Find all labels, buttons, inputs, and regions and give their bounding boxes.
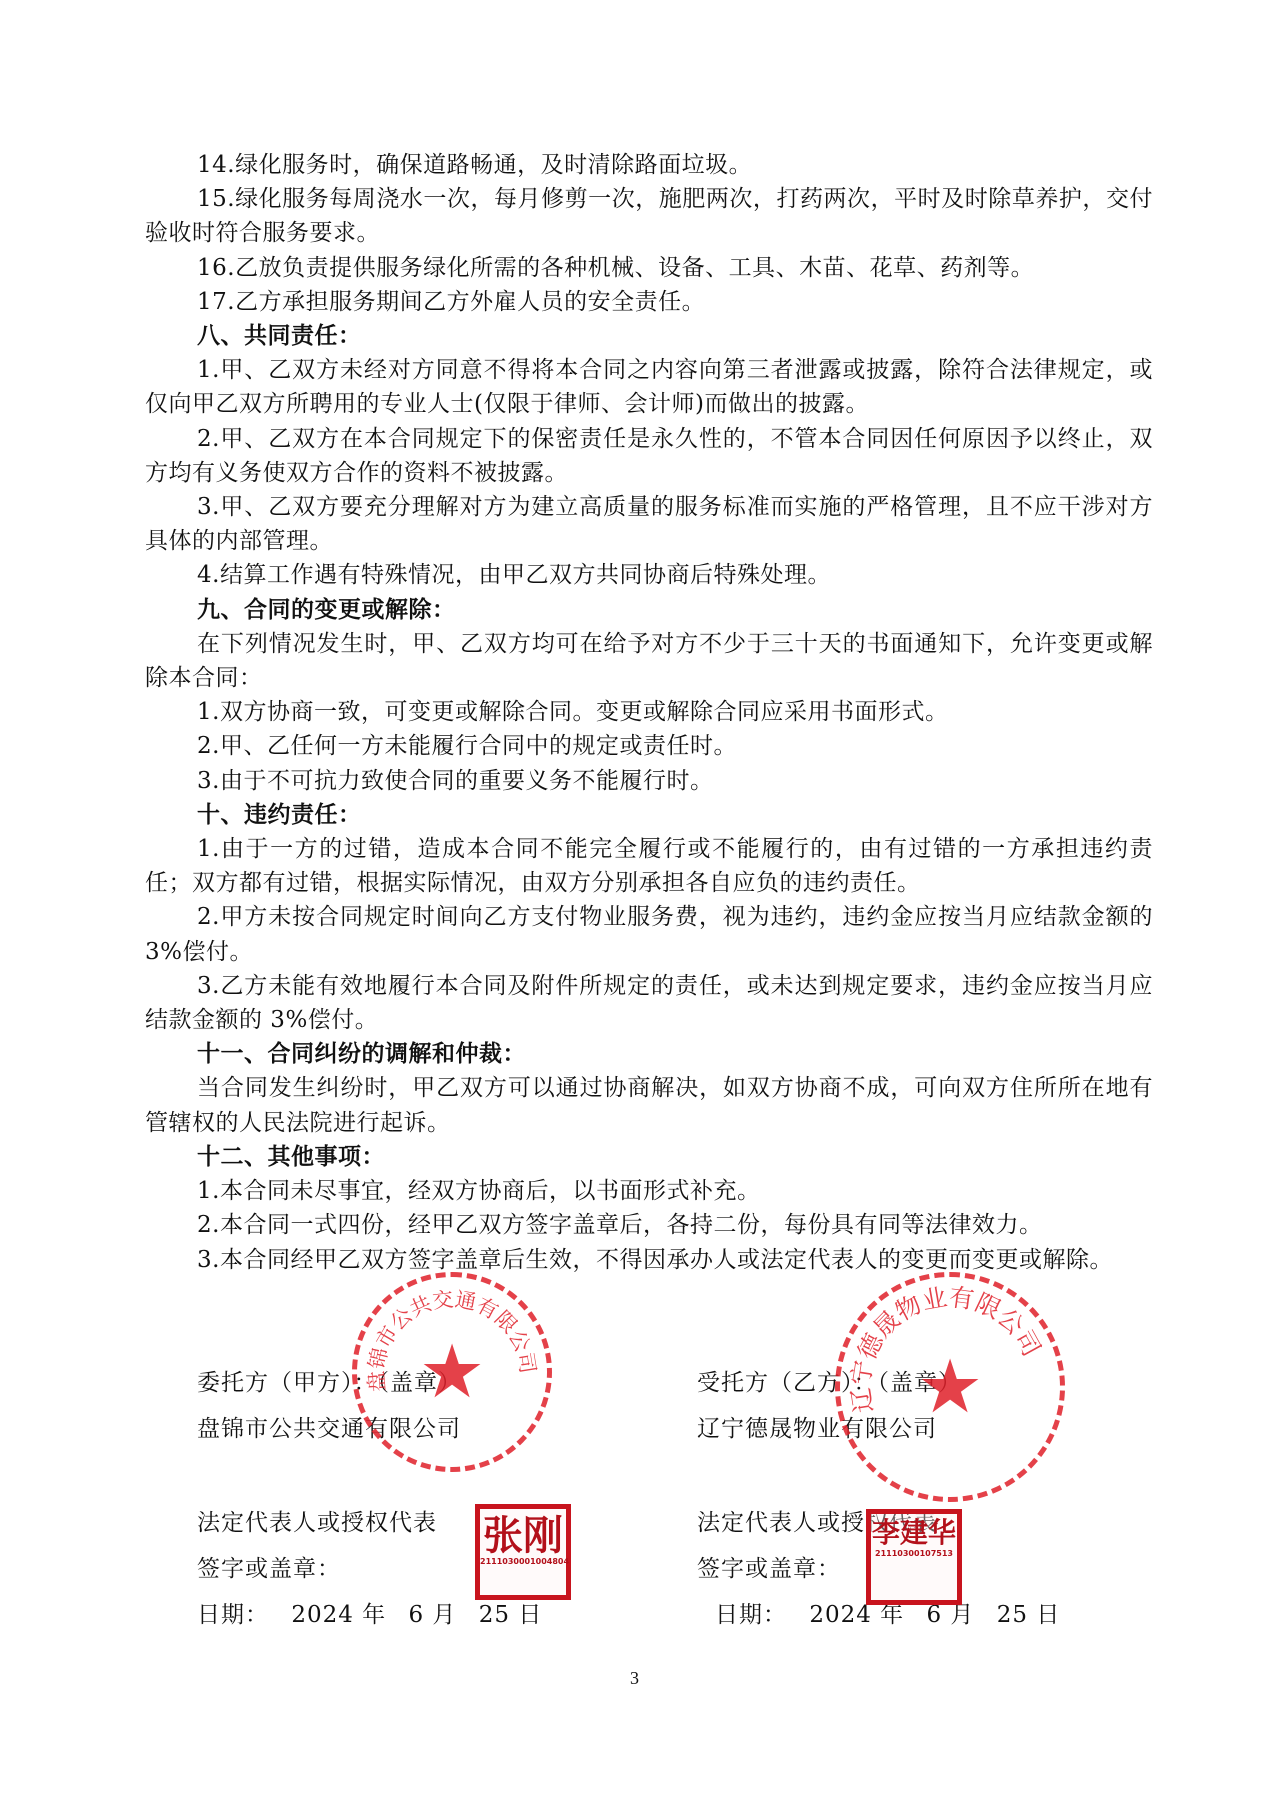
- clause-paragraph: 2.甲、乙双方在本合同规定下的保密责任是永久性的，不管本合同因任何原因予以终止，…: [145, 422, 1153, 490]
- party-a-company-name: 盘锦市公共交通有限公司: [197, 1406, 556, 1452]
- clause-paragraph: 2.甲方未按合同规定时间向乙方支付物业服务费，视为违约，违约金应按当月应结款金额…: [145, 900, 1153, 968]
- date-year: 2024 年: [291, 1602, 386, 1628]
- section-heading: 九、合同的变更或解除：: [145, 593, 1153, 627]
- party-b-company-name: 辽宁德晟物业有限公司: [697, 1406, 1074, 1452]
- party-b-date: 日期： 2024 年 6 月 25 日: [697, 1592, 1074, 1638]
- party-a-sign-label: 签字或盖章：: [197, 1546, 556, 1592]
- party-a-date: 日期： 2024 年 6 月 25 日: [197, 1592, 556, 1638]
- clause-paragraph: 2.本合同一式四份，经甲乙双方签字盖章后，各持二份，每份具有同等法律效力。: [145, 1208, 1153, 1242]
- party-a-representative-label: 法定代表人或授权代表: [197, 1500, 556, 1546]
- clause-paragraph: 1.双方协商一致，可变更或解除合同。变更或解除合同应采用书面形式。: [145, 695, 1153, 729]
- clause-paragraph: 16.乙放负责提供服务绿化所需的各种机械、设备、工具、木苗、花草、药剂等。: [145, 251, 1153, 285]
- clause-paragraph: 15.绿化服务每周浇水一次，每月修剪一次，施肥两次，打药两次，平时及时除草养护，…: [145, 182, 1153, 250]
- clause-paragraph: 当合同发生纠纷时，甲乙双方可以通过协商解决，如双方协商不成，可向双方住所所在地有…: [145, 1071, 1153, 1139]
- clause-paragraph: 3.乙方未能有效地履行本合同及附件所规定的责任，或未达到规定要求，违约金应按当月…: [145, 969, 1153, 1037]
- party-b-signature-block: 受托方（乙方）：（盖章） 辽宁德晟物业有限公司 法定代表人或授权代表 签字或盖章…: [697, 1360, 1074, 1638]
- clause-paragraph: 在下列情况发生时，甲、乙双方均可在给予对方不少于三十天的书面通知下，允许变更或解…: [145, 627, 1153, 695]
- clause-paragraph: 1.由于一方的过错，造成本合同不能完全履行或不能履行的，由有过错的一方承担违约责…: [145, 832, 1153, 900]
- section-heading: 十二、其他事项：: [145, 1140, 1153, 1174]
- date-month: 6 月: [926, 1602, 974, 1628]
- clause-paragraph: 4.结算工作遇有特殊情况，由甲乙双方共同协商后特殊处理。: [145, 558, 1153, 592]
- date-prefix: 日期：: [197, 1602, 269, 1628]
- clause-paragraph: 2.甲、乙任何一方未能履行合同中的规定或责任时。: [145, 729, 1153, 763]
- party-a-signature-block: 委托方（甲方）：（盖章） 盘锦市公共交通有限公司 法定代表人或授权代表 签字或盖…: [197, 1360, 556, 1638]
- clause-paragraph: 17.乙方承担服务期间乙方外雇人员的安全责任。: [145, 285, 1153, 319]
- document-page: 14.绿化服务时，确保道路畅通，及时清除路面垃圾。15.绿化服务每周浇水一次，每…: [0, 0, 1269, 1795]
- section-heading: 十、违约责任：: [145, 798, 1153, 832]
- date-day: 25 日: [479, 1602, 543, 1628]
- clause-paragraph: 3.由于不可抗力致使合同的重要义务不能履行时。: [145, 764, 1153, 798]
- party-b-role-label: 受托方（乙方）：（盖章）: [697, 1360, 1074, 1406]
- page-number: 3: [0, 1668, 1269, 1689]
- section-heading: 十一、合同纠纷的调解和仲裁：: [145, 1037, 1153, 1071]
- date-day: 25 日: [997, 1602, 1061, 1628]
- clause-paragraph: 1.本合同未尽事宜，经双方协商后，以书面形式补充。: [145, 1174, 1153, 1208]
- date-month: 6 月: [408, 1602, 456, 1628]
- contract-body: 14.绿化服务时，确保道路畅通，及时清除路面垃圾。15.绿化服务每周浇水一次，每…: [145, 148, 1153, 1277]
- party-b-representative-label: 法定代表人或授权代表: [697, 1500, 1074, 1546]
- section-heading: 八、共同责任：: [145, 319, 1153, 353]
- party-a-role-label: 委托方（甲方）：（盖章）: [197, 1360, 556, 1406]
- clause-paragraph: 14.绿化服务时，确保道路畅通，及时清除路面垃圾。: [145, 148, 1153, 182]
- party-b-sign-label: 签字或盖章：: [697, 1546, 1074, 1592]
- date-year: 2024 年: [809, 1602, 904, 1628]
- clause-paragraph: 1.甲、乙双方未经对方同意不得将本合同之内容向第三者泄露或披露，除符合法律规定，…: [145, 353, 1153, 421]
- clause-paragraph: 3.本合同经甲乙双方签字盖章后生效，不得因承办人或法定代表人的变更而变更或解除。: [145, 1243, 1153, 1277]
- date-prefix: 日期：: [715, 1602, 787, 1628]
- clause-paragraph: 3.甲、乙双方要充分理解对方为建立高质量的服务标准而实施的严格管理，且不应干涉对…: [145, 490, 1153, 558]
